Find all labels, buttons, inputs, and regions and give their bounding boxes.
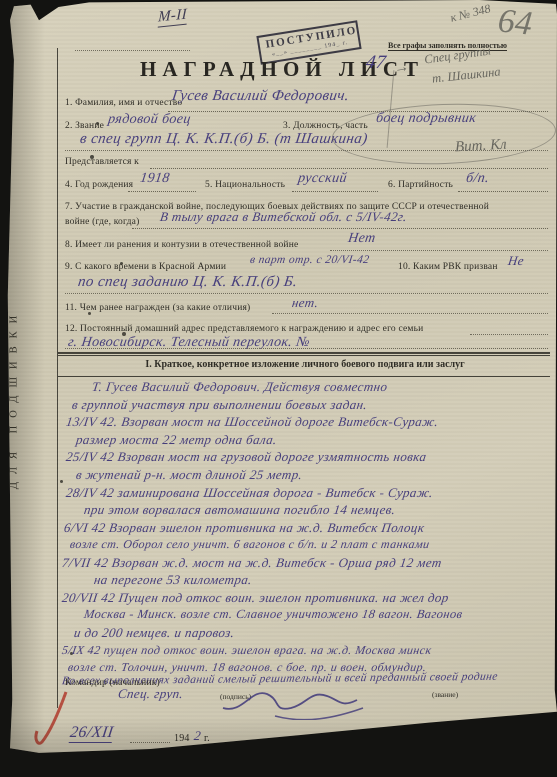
date-day: 26/XII [69, 724, 115, 743]
field-2-value: рядовой боец [107, 112, 192, 128]
body-line: в жутенай р-н. мост длиной 25 метр. [75, 467, 304, 483]
title-number: 47 [364, 52, 387, 74]
page-number-mark: 64 [496, 2, 534, 43]
rank-caption: (звание) [432, 690, 458, 699]
unit-handwritten: Спец. груп. [117, 686, 185, 702]
fill-line [65, 293, 548, 294]
represent-pencil-note: Вит. Кл [455, 137, 508, 157]
fill-line [330, 250, 548, 251]
body-line: 13/IV 42. Взорван мост на Шоссейной доро… [65, 414, 440, 430]
represent-label: Представляется к [65, 157, 139, 167]
field-1-value: Гусев Василий Федорович. [171, 88, 350, 105]
field-7-value: В тылу врага в Витебской обл. с 5/IV-42г… [159, 209, 408, 225]
body-line: размер моста 22 метр одна бала. [75, 432, 278, 448]
field-11-value: нет. [291, 295, 320, 311]
scanned-award-sheet: ДЛЯ ПОДШИВКИ М-II к № 348 64 ПОСТУПИЛО «… [0, 0, 557, 777]
field-2-label: 2. Звание [65, 121, 104, 131]
year-fill: 2 [193, 728, 202, 744]
group-note-line2: т. Шашкина [431, 64, 501, 86]
margin-rule [57, 48, 58, 708]
pencil-arrow: → [393, 59, 411, 78]
fill-line [65, 348, 548, 349]
fill-line [458, 191, 548, 192]
double-rule-bottom [58, 355, 550, 356]
field-6-value: б/п. [465, 171, 490, 187]
body-line: 5/IX 42 пущен под откос воин. эшелон вра… [61, 643, 433, 658]
red-checkmark [30, 688, 74, 750]
filing-margin-text: ДЛЯ ПОДШИВКИ [9, 294, 20, 504]
field-8-value: Нет [347, 231, 377, 247]
body-line: на перегоне 53 километра. [93, 572, 253, 588]
field-1-label: 1. Фамилия, имя и отчество [65, 98, 182, 108]
field-6-label: 6. Партийность [388, 180, 453, 190]
field-3-value2: в спец групп Ц. К. К.П.(б) Б. (т Шашкина… [79, 131, 369, 148]
field-4-label: 4. Год рождения [65, 180, 133, 190]
section-title: I. Краткое, конкретное изложение личного… [60, 359, 550, 370]
ink-speck [60, 480, 63, 483]
year-suffix: г. [204, 733, 210, 744]
fill-line [292, 191, 378, 192]
fill-line [75, 50, 190, 51]
fill-line [128, 191, 196, 192]
field-9-value: в парт отр. с 20/VI-42 [249, 254, 370, 266]
field-10-value: Не [507, 253, 525, 269]
body-line: 20/VII 42 Пущен под откос воин. эшелон п… [61, 590, 450, 606]
body-line: 28/IV 42 заминирована Шоссейная дорога -… [65, 485, 434, 501]
case-number-mark: к № 348 [449, 1, 492, 25]
field-5-value: русский [297, 171, 348, 187]
body-line: при этом ворвалася автомашина погибло 14… [83, 502, 397, 518]
section-underline [58, 376, 550, 377]
fill-line [150, 168, 548, 169]
field-10-label: 10. Каким РВК призван [398, 262, 498, 272]
scanner-edge-band [0, 756, 557, 764]
signature-flourish [215, 678, 375, 720]
fill-line [130, 742, 170, 743]
field-11-label: 11. Чем ранее награжден (за какие отличи… [65, 303, 250, 313]
field-7-label-line2: войне (где, когда) [65, 217, 139, 227]
field-10-value2: по спец заданию Ц. К. К.П.(б) Б. [77, 274, 299, 291]
field-8-label: 8. Имеет ли ранения и контузии в отечест… [65, 240, 298, 250]
field-9-label: 9. С какого времени в Красной Армии [65, 262, 226, 272]
field-12-label: 12. Постоянный домашний адрес представля… [65, 324, 423, 334]
double-rule-top [58, 352, 550, 354]
body-line: 7/VII 42 Взорван ж.д. мост на ж.д. Витеб… [61, 555, 443, 571]
paper-sheet: ДЛЯ ПОДШИВКИ М-II к № 348 64 ПОСТУПИЛО «… [0, 0, 557, 777]
fill-line [272, 313, 548, 314]
body-line: 25/IV 42 Взорван мост на грузовой дороге… [65, 449, 428, 465]
fill-line [470, 334, 548, 335]
body-line: возле ст. Оборол село уничт. 6 вагонов с… [69, 537, 431, 552]
year-printed: 194 [174, 733, 190, 744]
body-line: Т. Гусев Василий Федорович. Действуя сов… [91, 379, 389, 395]
fill-line [132, 228, 548, 229]
field-5-label: 5. Национальность [205, 180, 285, 190]
body-line: и до 200 немцев. и паровоз. [73, 625, 236, 641]
body-line: 6/VI 42 Взорван эшелон противника на ж.д… [63, 520, 426, 536]
field-4-value: 1918 [139, 171, 171, 187]
body-line: Москва - Минск. возле ст. Славное уничто… [83, 607, 464, 622]
body-line: в группой участвуя при выполнении боевых… [71, 397, 368, 413]
top-left-mark: М-II [158, 6, 188, 27]
